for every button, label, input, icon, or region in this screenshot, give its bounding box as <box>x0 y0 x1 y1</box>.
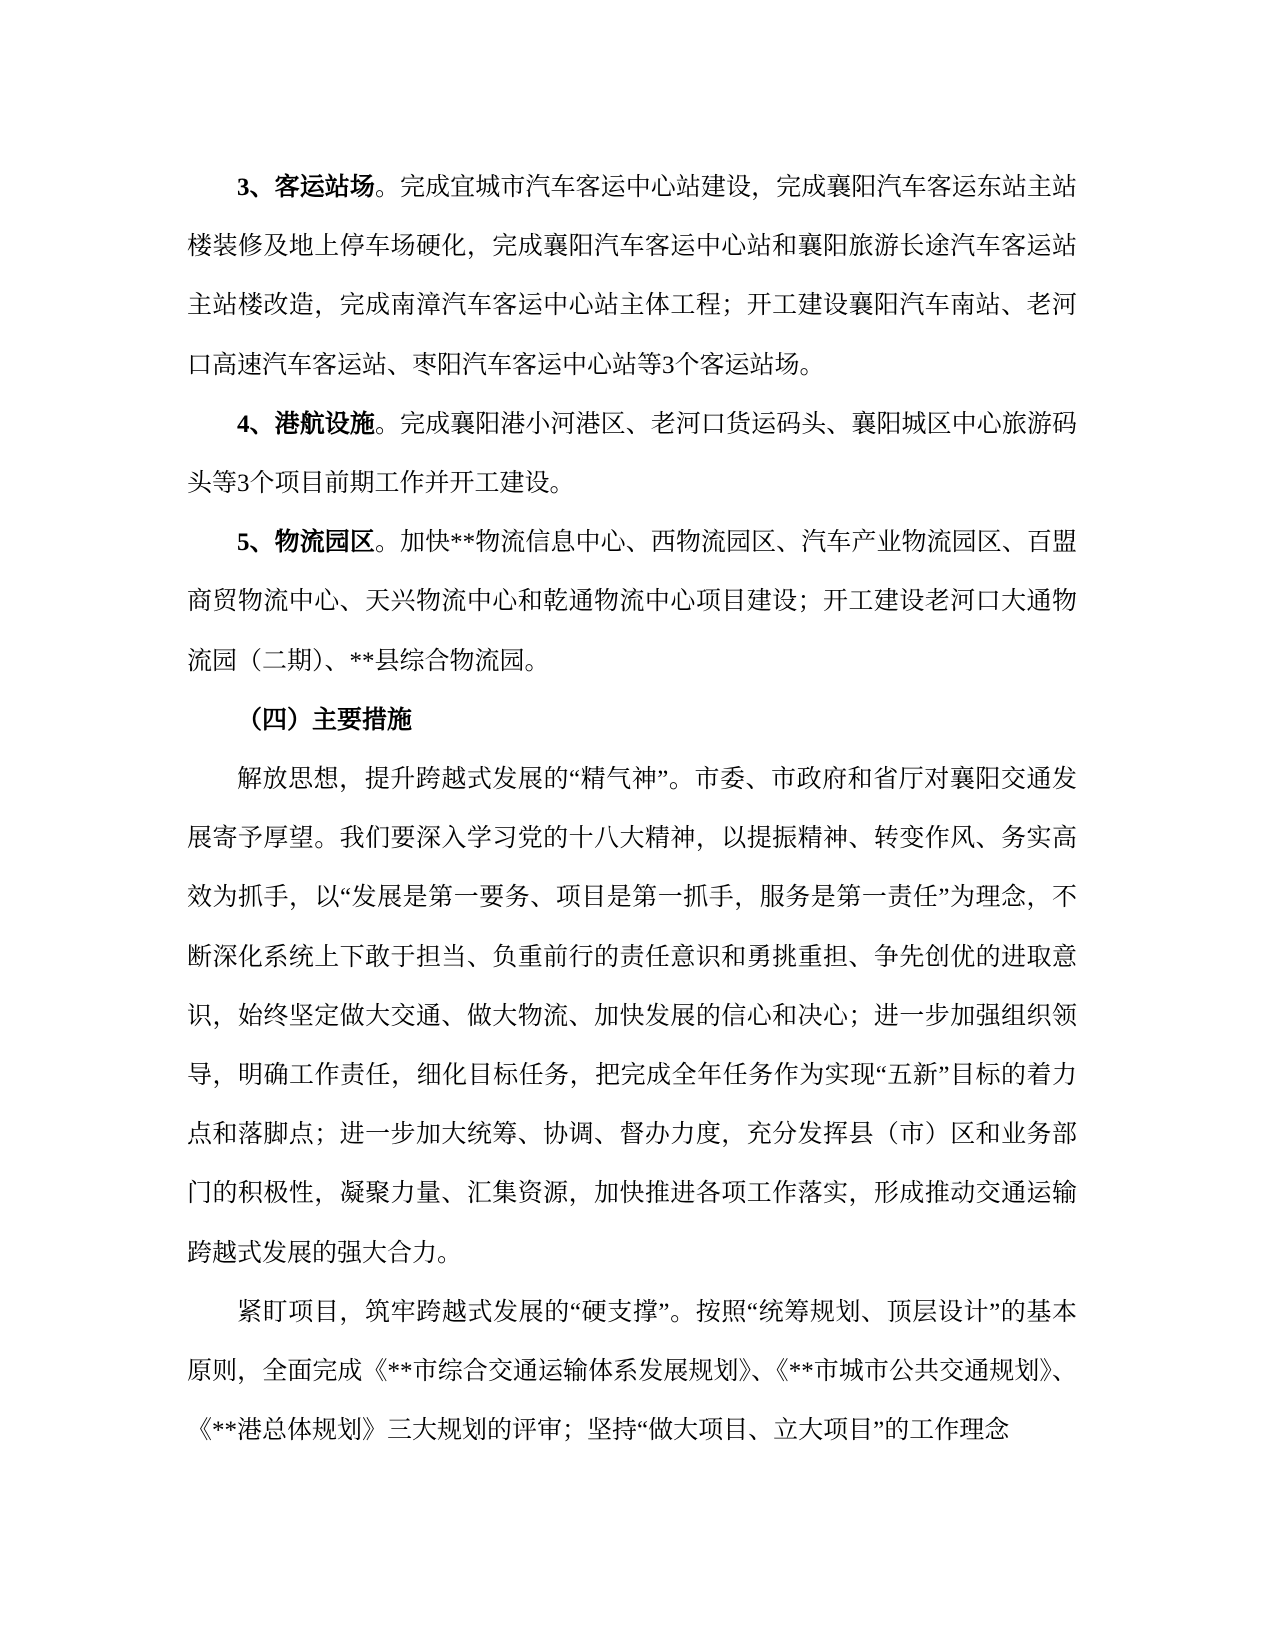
document-text-block: 3、客运站场。完成宜城市汽车客运中心站建设，完成襄阳汽车客运东站主站楼装修及地上… <box>187 158 1077 1460</box>
section-heading-main-measures: （四）主要措施 <box>187 691 1077 750</box>
paragraph-focus-projects: 紧盯项目，筑牢跨越式发展的“硬支撑”。按照“统筹规划、顶层设计”的基本原则，全面… <box>187 1283 1077 1461</box>
paragraph-logistics-parks-separator: 。 <box>375 529 400 556</box>
paragraph-port-facilities-separator: 。 <box>375 411 400 438</box>
paragraph-passenger-stations-separator: 。 <box>375 174 400 201</box>
paragraph-emancipate-mind: 解放思想，提升跨越式发展的“精气神”。市委、市政府和省厅对襄阳交通发展寄予厚望。… <box>187 750 1077 1283</box>
paragraph-passenger-stations-lead: 3、客运站场 <box>237 174 375 201</box>
paragraph-passenger-stations-body: 完成宜城市汽车客运中心站建设，完成襄阳汽车客运东站主站楼装修及地上停车场硬化，完… <box>187 174 1077 379</box>
paragraph-logistics-parks: 5、物流园区。加快**物流信息中心、西物流园区、汽车产业物流园区、百盟商贸物流中… <box>187 513 1077 691</box>
paragraph-logistics-parks-lead: 5、物流园区 <box>237 529 375 556</box>
paragraph-port-facilities: 4、港航设施。完成襄阳港小河港区、老河口货运码头、襄阳城区中心旅游码头等3个项目… <box>187 395 1077 513</box>
paragraph-passenger-stations: 3、客运站场。完成宜城市汽车客运中心站建设，完成襄阳汽车客运东站主站楼装修及地上… <box>187 158 1077 395</box>
paragraph-port-facilities-lead: 4、港航设施 <box>237 411 375 438</box>
document-page: 3、客运站场。完成宜城市汽车客运中心站建设，完成襄阳汽车客运东站主站楼装修及地上… <box>0 0 1275 1650</box>
